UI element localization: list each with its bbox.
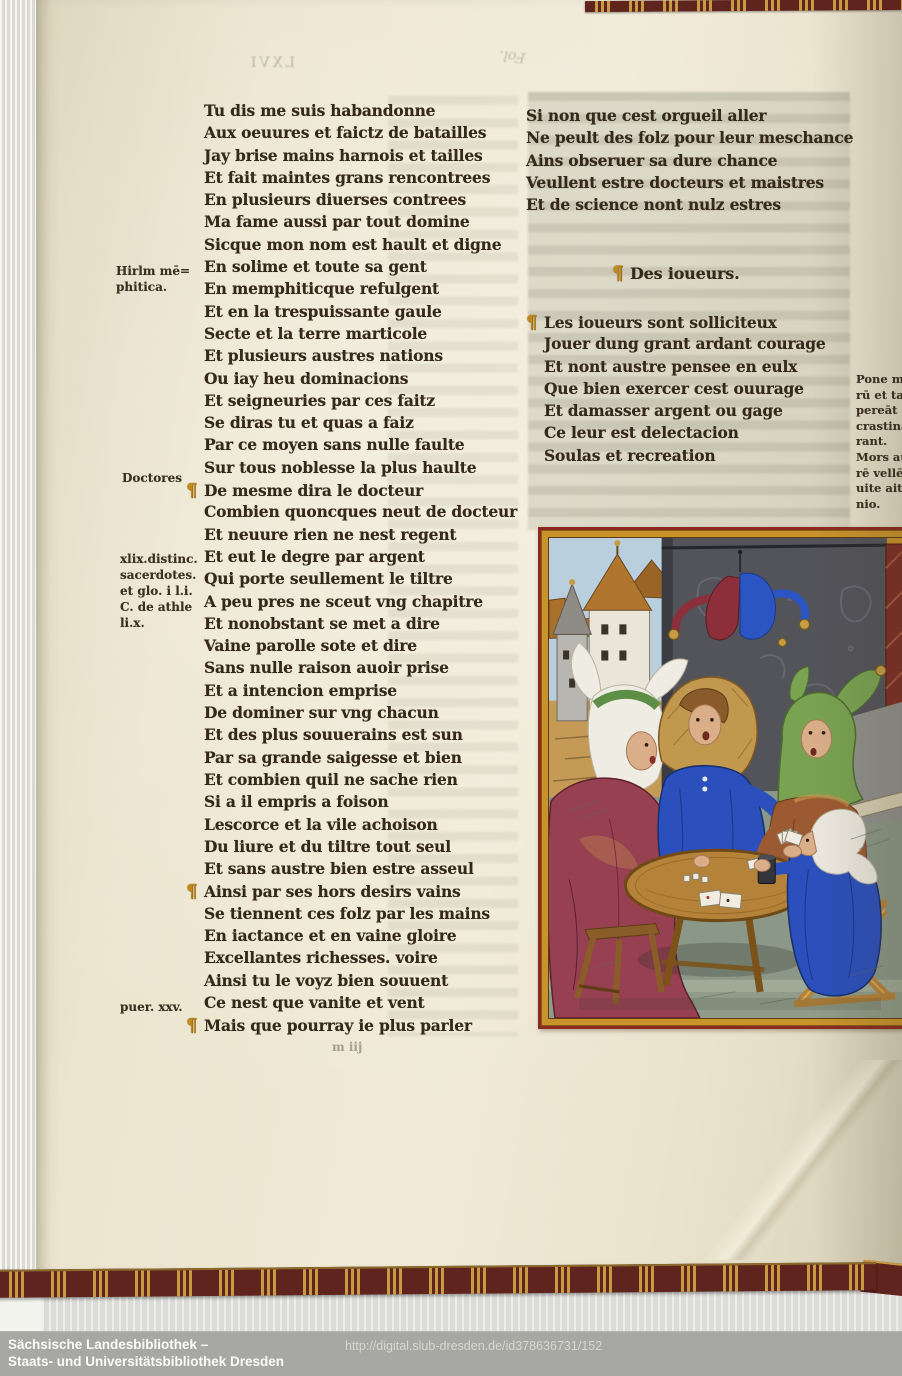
verse-line: Jay brise mains harnois et tailles — [204, 146, 517, 168]
library-name: Sächsische Landesbibliothek – Staats- un… — [8, 1337, 284, 1370]
verse-line: Se tiennent ces folz par les mains — [204, 904, 517, 926]
verse-line: Et eut le degre par argent — [204, 547, 517, 569]
verse-line: ¶Les ioueurs sont solliciteux — [544, 312, 826, 334]
verse-line: ¶Des ioueurs. — [630, 263, 739, 285]
verse-line: De dominer sur vng chacun — [204, 703, 517, 725]
verse-line: Et fait maintes grans rencontrees — [204, 168, 517, 190]
verse-line: crastina cu — [856, 419, 902, 435]
verse-line: Jouer dung grant ardant courage — [544, 334, 826, 356]
verse-line: ¶Mais que pourray ie plus parler — [204, 1015, 517, 1037]
verse-line: et glo. i l.i. — [120, 583, 198, 599]
verse-line: Ma fame aussi par tout domine — [204, 212, 517, 234]
verse-line: sacerdotes. — [120, 567, 198, 583]
verse-line: Que bien exercer cest ouurage — [544, 379, 826, 401]
verse-line: Lescorce et la vile achoison — [204, 815, 517, 837]
verse-line: Ains obseruer sa dure chance — [526, 151, 853, 173]
verse-line: Ce leur est delectacion — [544, 423, 826, 445]
digitized-manuscript-viewer: LXVI Fol. Tu dis me suis habandonneAux o… — [0, 0, 902, 1376]
verse-line: Doctores — [122, 470, 182, 486]
pilcrow-mark: ¶ — [186, 1015, 201, 1036]
library-name-line1: Sächsische Landesbibliothek – — [8, 1337, 284, 1354]
verse-line: Et plusieurs austres nations — [204, 346, 517, 368]
verse-line: Et seigneuries par ces faitz — [204, 391, 517, 413]
source-url: http://digital.slub-dresden.de/id3786367… — [345, 1339, 602, 1353]
verse-line: Ne peult des folz pour leur meschance — [526, 128, 853, 150]
verse-line: Et de science nont nulz estres — [526, 195, 853, 217]
verse-line: Du liure et du tiltre tout seul — [204, 837, 517, 859]
verse-line: Veullent estre docteurs et maistres — [526, 173, 853, 195]
page-fold-highlight — [676, 1060, 902, 1260]
verse-line: Mors au — [856, 450, 902, 466]
verse-line: En iactance et en vaine gloire — [204, 926, 517, 948]
verse-line: rant. — [856, 434, 902, 450]
chapter-heading: ¶Des ioueurs. — [630, 263, 739, 285]
verse-line: Et damasser argent ou gage — [544, 401, 826, 423]
verse-line: A peu pres ne sceut vng chapitre — [204, 592, 517, 614]
verse-line: Par sa grande saigesse et bien — [204, 748, 517, 770]
pilcrow-mark: ¶ — [526, 312, 541, 333]
verse-line: C. de athle — [120, 599, 198, 615]
quire-signature: m iij — [332, 1040, 362, 1054]
verse-line: rū et talo — [856, 388, 902, 404]
pilcrow-mark: ¶ — [186, 480, 201, 501]
verse-line: En memphiticque refulgent — [204, 279, 517, 301]
verse-line: Excellantes richesses. voire — [204, 948, 517, 970]
verse-line: Combien quoncques neut de docteur — [204, 502, 517, 524]
verse-line: phitica. — [116, 279, 190, 295]
right-text-column-stanza1: Si non que cest orgueil allerNe peult de… — [526, 106, 853, 217]
verse-line: Sur tous noblesse la plus haulte — [204, 458, 517, 480]
verse-line: Se diras tu et quas a faiz — [204, 413, 517, 435]
verse-line: Et des plus souuerains est sun — [204, 725, 517, 747]
verse-line: Ou iay heu dominacions — [204, 369, 517, 391]
verse-line: Hirlm mē= — [116, 263, 190, 279]
left-text-column: Tu dis me suis habandonneAux oeuures et … — [204, 101, 517, 1037]
right-text-column-stanza2: ¶Les ioueurs sont solliciteuxJouer dung … — [544, 312, 826, 468]
verse-line: Et a intencion emprise — [204, 681, 517, 703]
verse-line: Par ce moyen sans nulle faulte — [204, 435, 517, 457]
library-name-line2: Staats- und Universitätsbibliothek Dresd… — [8, 1354, 284, 1371]
verse-line: Ainsi tu le voyz bien souuent — [204, 971, 517, 993]
verse-line: Et en la trespuissante gaule — [204, 302, 517, 324]
verse-line: Sicque mon nom est hault et digne — [204, 235, 517, 257]
margin-note-distinctio: xlix.distinc.sacerdotes.et glo. i l.i.C.… — [120, 551, 198, 631]
pilcrow-mark: ¶ — [612, 263, 627, 284]
verse-line: Et combien quil ne sache rien — [204, 770, 517, 792]
margin-note-doctores: Doctores — [122, 470, 182, 486]
miniature-frame — [538, 527, 902, 1029]
verse-line: Et sans austre bien estre asseul — [204, 859, 517, 881]
verse-line: ¶De mesme dira le docteur — [204, 480, 517, 502]
margin-note-martial: Pone merū et talopereāt quicrastina cura… — [856, 372, 902, 512]
verse-line: En solime et toute sa gent — [204, 257, 517, 279]
library-footer: Sächsische Landesbibliothek – Staats- un… — [0, 1331, 902, 1376]
pilcrow-mark: ¶ — [186, 881, 201, 902]
verse-line: xlix.distinc. — [120, 551, 198, 567]
verse-line: pereāt qui — [856, 403, 902, 419]
verse-line: En plusieurs diuerses contrees — [204, 190, 517, 212]
verse-line: Qui porte seullement le tiltre — [204, 569, 517, 591]
showthrough-smudge — [579, 998, 881, 1010]
manuscript-page: LXVI Fol. Tu dis me suis habandonneAux o… — [36, 0, 902, 1272]
verse-line: li.x. — [120, 615, 198, 631]
verse-line: Et nont austre pensee en eulx — [544, 357, 826, 379]
verse-line: nio. — [856, 497, 902, 513]
verse-line: Secte et la terre marticole — [204, 324, 517, 346]
margin-note-proverbs: puer. xxv. — [120, 999, 183, 1015]
book-block-left-edge — [0, 0, 38, 1298]
verse-line: puer. xxv. — [120, 999, 183, 1015]
verse-line: Tu dis me suis habandonne — [204, 101, 517, 123]
verse-line: Sans nulle raison auoir prise — [204, 658, 517, 680]
verse-line: Si non que cest orgueil aller — [526, 106, 853, 128]
verse-line: ¶Ainsi par ses hors desirs vains — [204, 881, 517, 903]
miniature-card-players — [549, 538, 902, 1018]
verse-line: Vaine parolle sote et dire — [204, 636, 517, 658]
verse-line: Ce nest que vanite et vent — [204, 993, 517, 1015]
margin-note-hierusalem: Hirlm mē=phitica. — [116, 263, 190, 295]
verse-line: Soulas et recreation — [544, 446, 826, 468]
verse-line: Et nonobstant se met a dire — [204, 614, 517, 636]
verse-line: Aux oeuures et faictz de batailles — [204, 123, 517, 145]
folio-number-showthrough: LXVI — [248, 55, 295, 71]
verse-line: Et neuure rien ne nest regent — [204, 525, 517, 547]
verse-line: uite ait ve — [856, 481, 902, 497]
handwritten-folio-mark: Fol. — [498, 47, 526, 65]
verse-line: Si a il empris a foison — [204, 792, 517, 814]
verse-line: rē vellēs: vi — [856, 466, 902, 482]
verse-line: Pone me — [856, 372, 902, 388]
